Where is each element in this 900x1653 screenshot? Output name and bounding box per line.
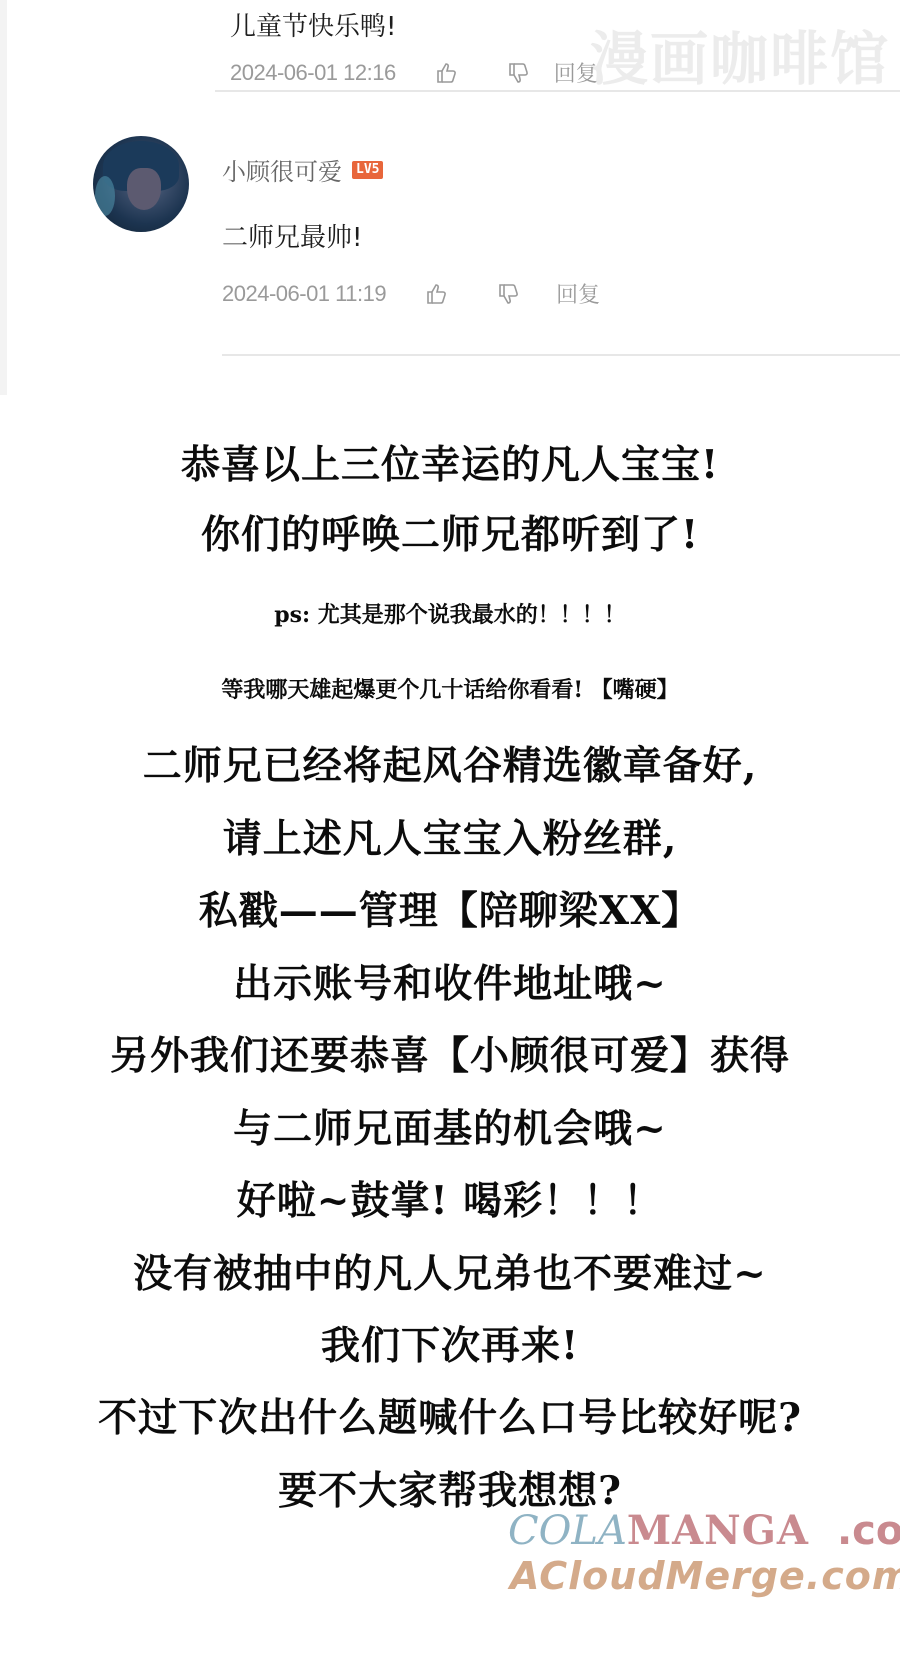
- announce-line: 另外我们还要恭喜【小顾很可爱】获得: [0, 1025, 900, 1081]
- announce-line: 不过下次出什么题喊什么口号比较好呢?: [0, 1387, 900, 1443]
- announce-line: 恭喜以上三位幸运的凡人宝宝!: [0, 434, 900, 490]
- watermark-top: 漫画咖啡馆: [590, 12, 890, 96]
- username[interactable]: 小顾很可爱: [222, 152, 342, 187]
- like-icon[interactable]: [422, 279, 452, 309]
- announce-ps: ps: 尤其是那个说我最水的！！！！: [0, 598, 900, 629]
- level-badge: LV5: [352, 161, 383, 179]
- announce-line: 二师兄已经将起风谷精选徽章备好,: [0, 735, 900, 791]
- announce-line: 出示账号和收件地址哦~: [0, 953, 900, 1009]
- announce-line: 没有被抽中的凡人兄弟也不要难过~: [0, 1243, 900, 1299]
- announce-line: 私戳——管理【陪聊梁XX】: [0, 880, 900, 936]
- comment-divider: [222, 354, 900, 356]
- left-edge-strip: [0, 0, 7, 395]
- announce-line: 好啦~鼓掌! 喝彩！！！: [0, 1170, 900, 1226]
- site-watermark-acloudmerge: ACloudMerge.com: [510, 1554, 900, 1598]
- like-icon[interactable]: [432, 58, 462, 88]
- announce-line: 与二师兄面基的机会哦~: [0, 1098, 900, 1154]
- announce-line: 你们的呼唤二师兄都听到了!: [0, 504, 900, 560]
- announce-note: 等我哪天雄起爆更个几十话给你看看! 【嘴硬】: [0, 673, 900, 704]
- comment-1-text: 儿童节快乐鸭!: [230, 6, 396, 43]
- comment-2-meta: 2024-06-01 11:19 回复: [222, 278, 600, 309]
- announce-line: 请上述凡人宝宝入粉丝群,: [0, 808, 900, 864]
- reply-button[interactable]: 回复: [556, 278, 600, 309]
- site-watermark-colamanga: COLAMANGA.com: [508, 1507, 900, 1554]
- comment-2-timestamp: 2024-06-01 11:19: [222, 281, 386, 307]
- comment-1-meta: 2024-06-01 12:16 回复: [230, 57, 598, 88]
- comment-divider: [215, 90, 900, 92]
- reply-button[interactable]: 回复: [554, 57, 598, 88]
- dislike-icon[interactable]: [494, 279, 524, 309]
- announce-line: 我们下次再来!: [0, 1315, 900, 1371]
- dislike-icon[interactable]: [504, 58, 534, 88]
- comment-1-timestamp: 2024-06-01 12:16: [230, 60, 396, 86]
- comment-2-user: 小顾很可爱 LV5: [222, 152, 383, 187]
- avatar[interactable]: [93, 136, 189, 232]
- comment-2-text: 二师兄最帅!: [222, 217, 362, 254]
